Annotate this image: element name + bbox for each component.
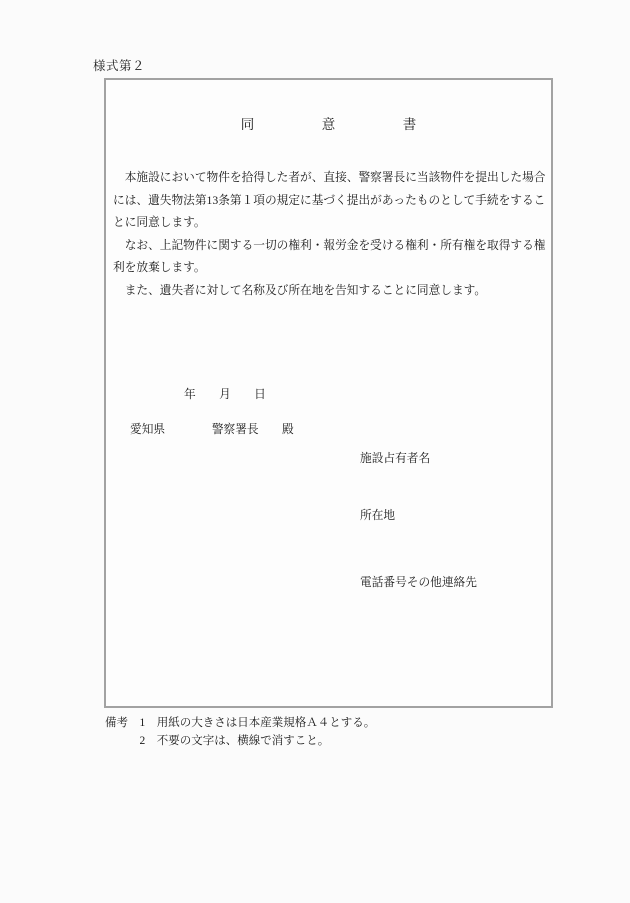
body-line-5: 利を放棄します。 <box>113 257 549 280</box>
addressee-line: 愛知県 警察署長 殿 <box>130 421 294 437</box>
remarks-line-1: 備考 1 用紙の大きさは日本産業規格Ａ４とする。 <box>105 714 375 732</box>
body-line-4: なお、上記物件に関する一切の権利・報労金を受ける権利・所有権を取得する権 <box>113 235 549 258</box>
document-page: 様式第２ 同 意 書 本施設において物件を拾得した者が、直接、警察署長に当該物件… <box>0 0 630 903</box>
document-title: 同 意 書 <box>106 113 551 133</box>
body-text: 本施設において物件を拾得した者が、直接、警察署長に当該物件を提出した場合 には、… <box>113 167 549 303</box>
facility-occupier-name-label: 施設占有者名 <box>360 450 430 466</box>
remarks-section: 備考 1 用紙の大きさは日本産業規格Ａ４とする。 2 不要の文字は、横線で消すこ… <box>105 714 375 750</box>
body-line-6: また、遺失者に対して名称及び所在地を告知することに同意します。 <box>113 280 549 303</box>
body-line-2: には、遺失物法第13条第１項の規定に基づく提出があったものとして手続をするこ <box>113 190 549 213</box>
body-line-1: 本施設において物件を拾得した者が、直接、警察署長に当該物件を提出した場合 <box>113 167 549 190</box>
phone-contact-label: 電話番号その他連絡先 <box>360 574 477 590</box>
location-address-label: 所在地 <box>360 507 395 523</box>
body-line-3: とに同意します。 <box>113 212 549 235</box>
document-frame: 同 意 書 本施設において物件を拾得した者が、直接、警察署長に当該物件を提出した… <box>104 78 553 708</box>
date-line: 年 月 日 <box>184 386 266 402</box>
remarks-line-2: 2 不要の文字は、横線で消すこと。 <box>105 732 375 750</box>
form-number-label: 様式第２ <box>93 56 145 74</box>
